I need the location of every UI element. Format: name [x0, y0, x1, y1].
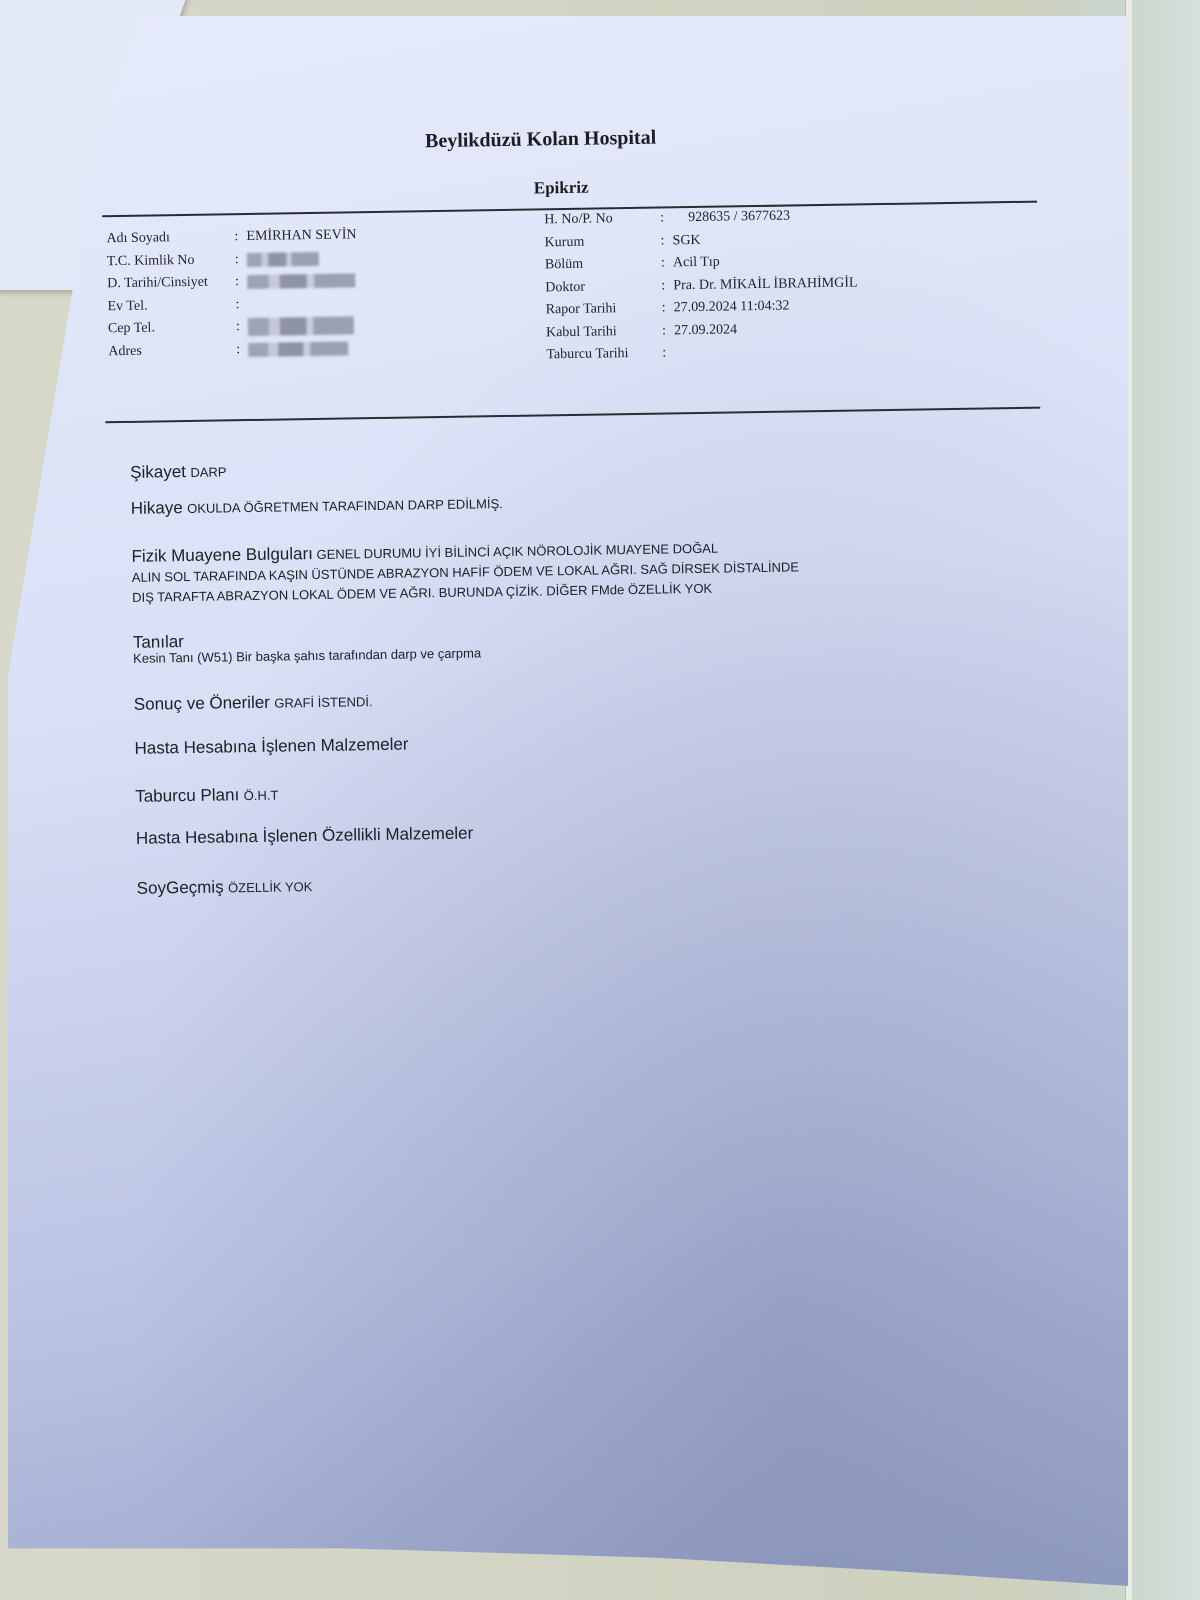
patient-name-value: EMİRHAN SEVİN: [246, 228, 356, 246]
epikriz-document-page: Beylikdüzü Kolan Hospital Epikriz Adı So…: [8, 16, 1128, 1586]
patient-info-block: Adı Soyadı:EMİRHAN SEVİN T.C. Kimlik No:…: [106, 224, 358, 363]
redacted-value: [248, 317, 354, 337]
patient-field-address: Adres:: [108, 337, 358, 363]
section-physical-exam: Fizik Muayene Bulguları GENEL DURUMU İYİ…: [131, 536, 799, 607]
section-history: Hikaye OKULDA ÖĞRETMEN TARAFINDAN DARP E…: [131, 493, 503, 519]
document-type-title: Epikriz: [534, 178, 589, 199]
section-results-recommendations: Sonuç ve Öneriler GRAFİ İSTENDİ.: [134, 691, 373, 715]
hospital-name: Beylikdüzü Kolan Hospital: [425, 127, 657, 154]
redacted-value: [247, 252, 319, 267]
redacted-value: [248, 341, 348, 357]
section-family-history: SoyGeçmiş ÖZELLİK YOK: [137, 876, 313, 899]
info-divider: [105, 407, 1040, 424]
section-diagnoses: Tanılar Kesin Tanı (W51) Bir başka şahıs…: [133, 627, 482, 665]
section-materials: Hasta Hesabına İşlenen Malzemeler: [134, 735, 408, 759]
admission-info-block: H. No/P. No:928635 / 3677623 Kurum:SGK B…: [544, 204, 859, 366]
admission-field-discharge-date: Taburcu Tarihi:: [546, 339, 859, 366]
section-discharge-plan: Taburcu Planı Ö.H.T: [135, 785, 278, 807]
diagnosis-item: Kesin Tanı (W51) Bir başka şahıs tarafın…: [133, 645, 481, 665]
section-complaint: Şikayet DARP: [130, 461, 227, 483]
section-special-materials: Hasta Hesabına İşlenen Özellikli Malzeme…: [136, 824, 474, 849]
redacted-value: [247, 274, 355, 290]
